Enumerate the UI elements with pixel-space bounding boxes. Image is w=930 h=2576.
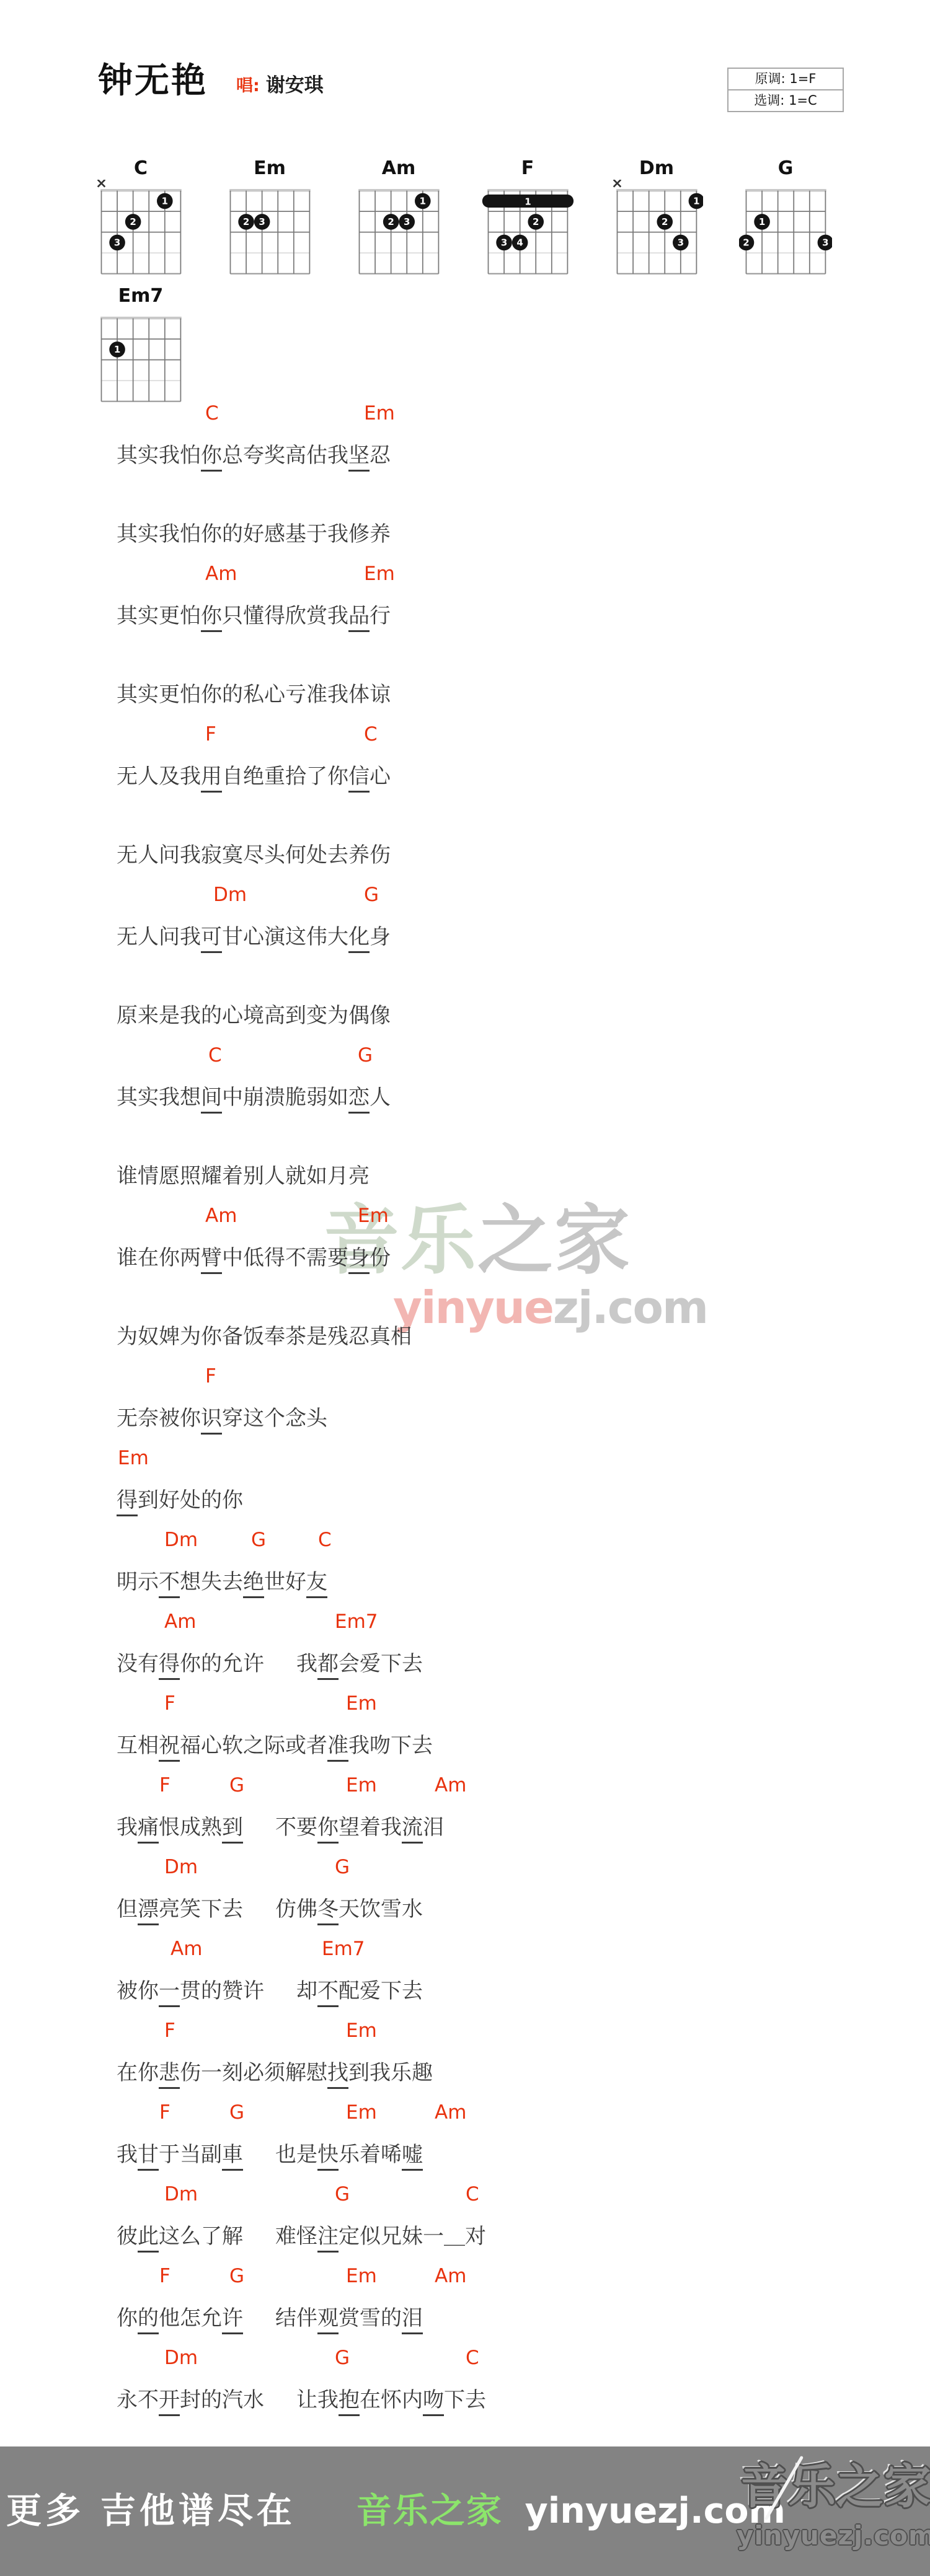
- chord-row: FGEmAm: [117, 1774, 885, 1814]
- lyric-segment-underlined: 你: [201, 443, 222, 472]
- lyric-segment: 无人问我寂寞尽头何处去养伤: [117, 843, 391, 868]
- lyric-segment: 定似兄妹一＿对: [339, 2224, 486, 2249]
- chord-label: C: [466, 2184, 479, 2205]
- lyric-segment: 亮笑下去: [159, 1897, 243, 1922]
- lyric-segment: 永不: [117, 2388, 159, 2412]
- fretboard-grid: ×123: [94, 180, 187, 277]
- chord-diagram-label: Em7: [94, 286, 187, 307]
- lyric-line: 谁情愿照耀着别人就如月亮: [117, 1163, 885, 1204]
- lyric-segment-underlined: 都: [317, 1651, 339, 1680]
- lyric-segment-underlined: 准: [327, 1733, 348, 1762]
- chord-label: G: [251, 1529, 266, 1550]
- lyric-line: 无人问我寂寞尽头何处去养伤: [117, 842, 885, 883]
- svg-text:1: 1: [114, 344, 120, 355]
- chord-diagram-label: Am: [352, 159, 445, 180]
- chord-label: Am: [205, 563, 237, 584]
- lyric-segment-underlined: 祝: [159, 1733, 180, 1762]
- selected-key-box: 选调: 1=C: [727, 89, 844, 112]
- lyric-segment: 不要: [275, 1815, 317, 1840]
- lyric-segment-underlined: 不: [159, 1570, 180, 1598]
- lyric-line: 其实更怕你只懂得欣赏我品行: [117, 603, 885, 644]
- lyrics-and-chords: CEm其实我怕你总夸奖高估我坚忍其实我怕你的好感基于我修养AmEm其实更怕你只懂…: [117, 402, 885, 2428]
- song-title: 钟无艳: [98, 62, 208, 100]
- lyric-segment: 我: [296, 1651, 317, 1676]
- lyric-segment-underlined: 找: [327, 2060, 348, 2089]
- footer-brand: 音乐之家: [356, 2490, 503, 2531]
- lyric-segment: 忍: [370, 443, 391, 468]
- chord-diagrams-row-2: Em71: [94, 286, 187, 405]
- lyric-segment: 伤一刻必须解慰: [180, 2060, 327, 2085]
- lyric-segment-underlined: 身: [348, 1246, 370, 1274]
- lyric-segment: 无奈被你: [117, 1406, 201, 1431]
- lyric-line: 被你一贯的赞许却不配爱下去: [117, 1978, 885, 2019]
- chord-label: Dm: [164, 1529, 198, 1550]
- chord-label: Dm: [164, 2347, 198, 2368]
- chord-label: C: [205, 403, 219, 424]
- lyric-segment: 却: [296, 1979, 317, 2003]
- watermark-bottom-url: yinyuezj.com: [737, 2520, 930, 2551]
- lyric-segment: 下去: [444, 2388, 486, 2412]
- lyric-segment-underlined: 友: [306, 1570, 327, 1598]
- chord-label: F: [205, 724, 216, 745]
- svg-text:1: 1: [162, 196, 168, 207]
- chord-label: G: [358, 1045, 373, 1066]
- lyric-segment-underlined: 可: [201, 925, 222, 953]
- lyric-segment: 原来是我的心境高到变为偶像: [117, 1003, 391, 1028]
- lyric-segment-underlined: 识: [201, 1406, 222, 1435]
- svg-text:3: 3: [114, 237, 120, 248]
- svg-text:1: 1: [420, 196, 426, 207]
- chord-label: C: [364, 724, 378, 745]
- lyric-segment: 其实我怕你的好感基于我修养: [117, 522, 391, 547]
- lyric-segment: 其实更怕: [117, 604, 201, 628]
- chord-label: G: [229, 1775, 244, 1796]
- lyric-segment: 明示: [117, 1570, 159, 1594]
- chord-label: Em: [346, 2266, 377, 2287]
- svg-text:1: 1: [693, 196, 699, 207]
- lyric-segment: 望着我: [339, 1815, 402, 1840]
- lyric-segment: 结伴: [275, 2306, 317, 2331]
- chord-row: DmGC: [117, 2346, 885, 2387]
- lyric-line: 谁在你两臂中低得不需要身份: [117, 1245, 885, 1286]
- chord-label: G: [335, 2347, 350, 2368]
- chord-row: CG: [117, 1044, 885, 1084]
- svg-text:2: 2: [743, 237, 749, 248]
- lyric-line: 明示不想失去绝世好友: [117, 1569, 885, 1610]
- chord-label: Dm: [164, 1857, 198, 1878]
- chord-diagram-Em7: Em71: [94, 286, 187, 405]
- lyric-segment-underlined: 冬: [317, 1897, 339, 1925]
- lyric-segment: 甘心演这伟大: [222, 925, 348, 949]
- singer-name: 谢安琪: [266, 69, 324, 97]
- svg-text:2: 2: [662, 216, 668, 227]
- lyric-segment: 贯的赞许: [180, 1979, 264, 2003]
- chord-row: AmEm7: [117, 1610, 885, 1651]
- chord-diagram-label: G: [739, 159, 832, 180]
- lyric-segment: 其实我怕: [117, 443, 201, 468]
- svg-text:3: 3: [259, 216, 265, 227]
- lyric-segment: 这么了解: [159, 2224, 243, 2249]
- chord-label: Em: [364, 403, 395, 424]
- lyric-segment-underlined: 开: [159, 2388, 180, 2416]
- chord-label: Em: [346, 1775, 377, 1796]
- chord-label: C: [466, 2347, 479, 2368]
- chord-label: G: [335, 2184, 350, 2205]
- lyric-segment-underlined: 此: [138, 2224, 159, 2253]
- lyric-segment-underlined: 一: [159, 1979, 180, 2007]
- chord-label: Em: [346, 2102, 377, 2123]
- chord-diagrams-row-1: C×123Em23Am123F1234Dm×123G123: [94, 159, 832, 277]
- lyric-segment: 泪: [423, 1815, 444, 1840]
- chord-row: AmEm7: [117, 1937, 885, 1978]
- lyric-segment: 于当副: [159, 2142, 222, 2167]
- lyric-segment-underlined: 流: [402, 1815, 423, 1844]
- lyric-segment: 在你: [117, 2060, 159, 2085]
- lyric-segment: 穿这个念头: [222, 1406, 327, 1431]
- lyric-segment: 其实更怕你的私心亏准我体谅: [117, 682, 391, 707]
- chord-sheet-page: 钟无艳 唱: 谢安琪 原调: 1=F 选调: 1=C C×123Em23Am12…: [0, 0, 930, 2576]
- vocal-label: 唱:: [236, 72, 260, 96]
- lyric-line: 无奈被你识穿这个念头: [117, 1405, 885, 1446]
- header: 钟无艳 唱: 谢安琪: [98, 62, 324, 100]
- svg-text:2: 2: [243, 216, 249, 227]
- chord-label: C: [208, 1045, 222, 1066]
- chord-label: Em: [346, 2020, 377, 2041]
- chord-label: F: [159, 1775, 170, 1796]
- chord-label: Em: [358, 1205, 389, 1226]
- svg-text:4: 4: [516, 237, 523, 248]
- lyric-segment-underlined: 抱: [339, 2388, 360, 2416]
- svg-text:×: ×: [95, 180, 107, 191]
- lyric-segment: 赏雪的: [339, 2306, 402, 2331]
- lyric-segment: 中低得不需要: [222, 1246, 348, 1270]
- chord-label: F: [159, 2266, 170, 2287]
- lyric-segment-underlined: 你: [201, 604, 222, 632]
- svg-text:3: 3: [822, 237, 828, 248]
- lyric-segment: 他怎允: [159, 2306, 222, 2331]
- lyric-segment: 天饮雪水: [339, 1897, 423, 1922]
- chord-diagram-Em: Em23: [223, 159, 316, 277]
- chord-diagram-Am: Am123: [352, 159, 445, 277]
- lyric-segment-underlined: 得: [159, 1651, 180, 1680]
- lyric-segment: 乐着唏: [339, 2142, 402, 2167]
- chord-label: Am: [205, 1205, 237, 1226]
- lyric-segment: 为奴婢为你备饭奉茶是残忍真相: [117, 1324, 412, 1349]
- lyric-segment-underlined: 到: [222, 1815, 243, 1844]
- lyric-segment-underlined: 泪: [402, 2306, 423, 2334]
- chord-diagram-Dm: Dm×123: [610, 159, 703, 277]
- lyric-segment: 没有: [117, 1651, 159, 1676]
- lyric-segment-underlined: 坚: [348, 443, 370, 472]
- lyric-segment: 总夸奖高估我: [222, 443, 348, 468]
- lyric-line: 原来是我的心境高到变为偶像: [117, 1003, 885, 1044]
- lyric-line: 永不开封的汽水让我抱在怀内吻下去: [117, 2387, 885, 2428]
- lyric-segment: 世好: [264, 1570, 306, 1594]
- lyric-segment-underlined: 绝: [243, 1570, 264, 1598]
- chord-diagram-label: Dm: [610, 159, 703, 180]
- chord-label: F: [164, 1693, 175, 1714]
- lyric-segment-underlined: 車: [222, 2142, 243, 2171]
- fretboard-grid: 23: [223, 180, 316, 277]
- lyric-segment-underlined: 甘: [138, 2142, 159, 2171]
- chord-row: DmGC: [117, 2183, 885, 2223]
- fretboard-grid: ×123: [610, 180, 703, 277]
- lyric-segment: 自绝重拾了你: [222, 764, 348, 789]
- lyric-segment: 无人及我: [117, 764, 201, 789]
- lyric-segment: 中崩溃脆弱如: [222, 1085, 348, 1110]
- lyric-line: 其实我想间中崩溃脆弱如恋人: [117, 1084, 885, 1125]
- lyric-line: 其实我怕你总夸奖高估我坚忍: [117, 442, 885, 483]
- chord-diagram-C: C×123: [94, 159, 187, 277]
- chord-label: Am: [170, 1938, 202, 1959]
- lyric-segment-underlined: 不: [317, 1979, 339, 2007]
- fretboard-grid: 1234: [481, 180, 574, 277]
- lyric-segment-underlined: 痛: [138, 1815, 159, 1844]
- chord-label: Em7: [335, 1611, 378, 1632]
- fretboard-grid: 123: [739, 180, 832, 277]
- lyric-segment: 想失去: [180, 1570, 243, 1594]
- chord-label: Em7: [322, 1938, 365, 1959]
- chord-row: DmG: [117, 1855, 885, 1896]
- chord-label: F: [159, 2102, 170, 2123]
- watermark-bottom-right: 音乐之家 yinyuezj.com: [737, 2449, 930, 2551]
- chord-row: FEm: [117, 2019, 885, 2060]
- lyric-segment: 恨成熟: [159, 1815, 222, 1840]
- lyric-segment-underlined: 得: [117, 1488, 138, 1516]
- lyric-segment-underlined: 观: [317, 2306, 339, 2334]
- chord-row: AmEm: [117, 1204, 885, 1245]
- lyric-segment-underlined: 悲: [159, 2060, 180, 2089]
- lyric-segment: 份: [370, 1246, 391, 1270]
- lyric-segment: 也是: [275, 2142, 317, 2167]
- chord-label: Am: [164, 1611, 196, 1632]
- chord-label: Em: [364, 563, 395, 584]
- lyric-segment: 身: [370, 925, 391, 949]
- chord-label: Am: [435, 1775, 466, 1796]
- chord-diagram-label: Em: [223, 159, 316, 180]
- lyric-line: 其实更怕你的私心亏准我体谅: [117, 682, 885, 723]
- lyric-segment: 你的允许: [180, 1651, 264, 1676]
- chord-row: Em: [117, 1446, 885, 1487]
- lyric-line: 为奴婢为你备饭奉茶是残忍真相: [117, 1324, 885, 1365]
- chord-row: FGEmAm: [117, 2264, 885, 2305]
- lyric-segment-underlined: 注: [317, 2224, 339, 2253]
- chord-diagram-label: C: [94, 159, 187, 180]
- chord-label: G: [335, 1857, 350, 1878]
- chord-label: Dm: [213, 884, 247, 905]
- lyric-segment-underlined: 品: [348, 604, 370, 632]
- chord-label: C: [318, 1529, 332, 1550]
- lyric-segment: 仿佛: [275, 1897, 317, 1922]
- lyric-segment: 你: [117, 2306, 138, 2331]
- lyric-segment: 人: [370, 1085, 391, 1110]
- lyric-segment: 配爱下去: [339, 1979, 423, 2003]
- chord-label: Dm: [164, 2184, 198, 2205]
- lyric-segment: 我: [117, 2142, 138, 2167]
- lyric-segment-underlined: 吻: [423, 2388, 444, 2416]
- lyric-segment: 我: [117, 1815, 138, 1840]
- fretboard-grid: 1: [94, 307, 187, 405]
- lyric-segment: 到好处的你: [138, 1488, 243, 1513]
- lyric-segment: 只懂得欣赏我: [222, 604, 348, 628]
- chord-label: Am: [435, 2266, 466, 2287]
- lyric-line: 得到好处的你: [117, 1487, 885, 1528]
- svg-text:3: 3: [678, 237, 684, 248]
- chord-label: Em: [346, 1693, 377, 1714]
- lyric-segment: 彼: [117, 2224, 138, 2249]
- chord-label: G: [364, 884, 379, 905]
- lyric-line: 但漂亮笑下去仿佛冬天饮雪水: [117, 1896, 885, 1937]
- lyric-segment: 让我: [296, 2388, 339, 2412]
- lyric-segment: 难怪: [275, 2224, 317, 2249]
- lyric-line: 在你悲伤一刻必须解慰找到我乐趣: [117, 2060, 885, 2101]
- chord-row: FEm: [117, 1692, 885, 1733]
- lyric-line: 其实我怕你的好感基于我修养: [117, 521, 885, 562]
- lyric-segment: 其实我想: [117, 1085, 201, 1110]
- chord-label: F: [205, 1366, 216, 1387]
- chord-row: CEm: [117, 402, 885, 442]
- lyric-line: 没有得你的允许我都会爱下去: [117, 1651, 885, 1692]
- lyric-segment-underlined: 恋: [348, 1085, 370, 1114]
- original-key-box: 原调: 1=F: [727, 68, 844, 90]
- lyric-segment: 封的汽水: [180, 2388, 264, 2412]
- chord-label: F: [164, 2020, 175, 2041]
- chord-row: DmG: [117, 883, 885, 924]
- lyric-line: 我痛恨成熟到不要你望着我流泪: [117, 1814, 885, 1855]
- lyric-segment-underlined: 化: [348, 925, 370, 953]
- chord-label: G: [229, 2266, 244, 2287]
- svg-text:2: 2: [533, 216, 539, 227]
- lyric-segment: 互相: [117, 1733, 159, 1758]
- lyric-line: 无人及我用自绝重拾了你信心: [117, 763, 885, 804]
- chord-row: DmGC: [117, 1528, 885, 1569]
- lyric-segment-underlined: 信: [348, 764, 370, 793]
- chord-row: AmEm: [117, 562, 885, 603]
- lyric-line: 互相祝福心软之际或者准我吻下去: [117, 1733, 885, 1774]
- lyric-segment: 但: [117, 1897, 138, 1922]
- footer-tagline: 更多 吉他谱尽在: [6, 2490, 296, 2531]
- svg-text:2: 2: [387, 216, 394, 227]
- lyric-segment: 行: [370, 604, 391, 628]
- lyric-segment-underlined: 用: [201, 764, 222, 793]
- chord-diagram-G: G123: [739, 159, 832, 277]
- svg-text:1: 1: [759, 216, 765, 227]
- lyric-line: 彼此这么了解难怪注定似兄妹一＿对: [117, 2223, 885, 2264]
- chord-row: FGEmAm: [117, 2101, 885, 2142]
- fretboard-grid: 123: [352, 180, 445, 277]
- lyric-segment: 会爱下去: [339, 1651, 423, 1676]
- lyric-line: 你的他怎允许结伴观赏雪的泪: [117, 2305, 885, 2346]
- lyric-segment-underlined: 许: [222, 2306, 243, 2334]
- svg-text:1: 1: [525, 196, 531, 208]
- chord-label: Em: [118, 1448, 149, 1469]
- lyric-segment: 谁在你两: [117, 1246, 201, 1270]
- lyric-segment-underlined: 的: [138, 2306, 159, 2334]
- lyric-segment: 在怀内: [360, 2388, 423, 2412]
- lyric-segment-underlined: 漂: [138, 1897, 159, 1925]
- lyric-segment-underlined: 嘘: [402, 2142, 423, 2171]
- watermark-bottom-brand: 音乐之家: [737, 2449, 930, 2517]
- lyric-segment: 我吻下去: [348, 1733, 433, 1758]
- chord-label: Am: [435, 2102, 466, 2123]
- chord-row: FC: [117, 723, 885, 763]
- chord-label: G: [229, 2102, 244, 2123]
- lyric-segment: 到我乐趣: [348, 2060, 433, 2085]
- lyric-segment-underlined: 臂: [201, 1246, 222, 1274]
- chord-row: F: [117, 1365, 885, 1405]
- svg-text:×: ×: [611, 180, 623, 191]
- lyric-segment: 被你: [117, 1979, 159, 2003]
- lyric-segment-underlined: 快: [317, 2142, 339, 2171]
- lyric-segment-underlined: 你: [317, 1815, 339, 1844]
- lyric-segment: 心: [370, 764, 391, 789]
- lyric-line: 我甘于当副車也是快乐着唏嘘: [117, 2142, 885, 2183]
- key-info: 原调: 1=F 选调: 1=C: [727, 68, 844, 112]
- svg-text:3: 3: [404, 216, 410, 227]
- chord-diagram-F: F1234: [481, 159, 574, 277]
- lyric-segment: 谁情愿照耀着别人就如月亮: [117, 1164, 370, 1189]
- lyric-segment-underlined: 间: [201, 1085, 222, 1114]
- chord-diagram-label: F: [481, 159, 574, 180]
- lyric-line: 无人问我可甘心演这伟大化身: [117, 924, 885, 965]
- lyric-segment: 无人问我: [117, 925, 201, 949]
- svg-text:2: 2: [130, 216, 136, 227]
- lyric-segment: 福心软之际或者: [180, 1733, 327, 1758]
- svg-text:3: 3: [501, 237, 507, 248]
